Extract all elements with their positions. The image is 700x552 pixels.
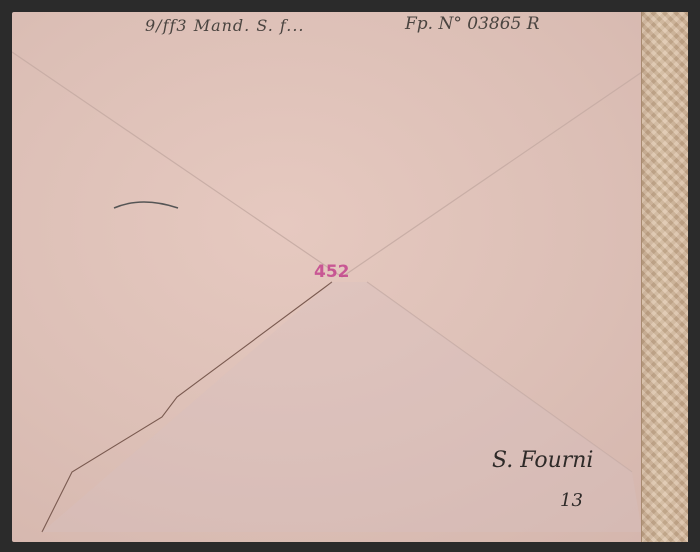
- signature-number: 13: [560, 490, 583, 511]
- signature: S. Fourni: [492, 448, 593, 473]
- center-stamp: 452: [314, 262, 350, 282]
- reference-number: Fp. N° 03865 R: [405, 14, 540, 34]
- top-left-mark: 9/ff3: [145, 16, 188, 35]
- pen-scribble-icon: [112, 198, 182, 212]
- censor-tape: [641, 12, 688, 542]
- handwritten-name: 9/ff3 Mand. S. f...: [145, 16, 305, 35]
- top-name: Mand. S. f...: [194, 16, 305, 35]
